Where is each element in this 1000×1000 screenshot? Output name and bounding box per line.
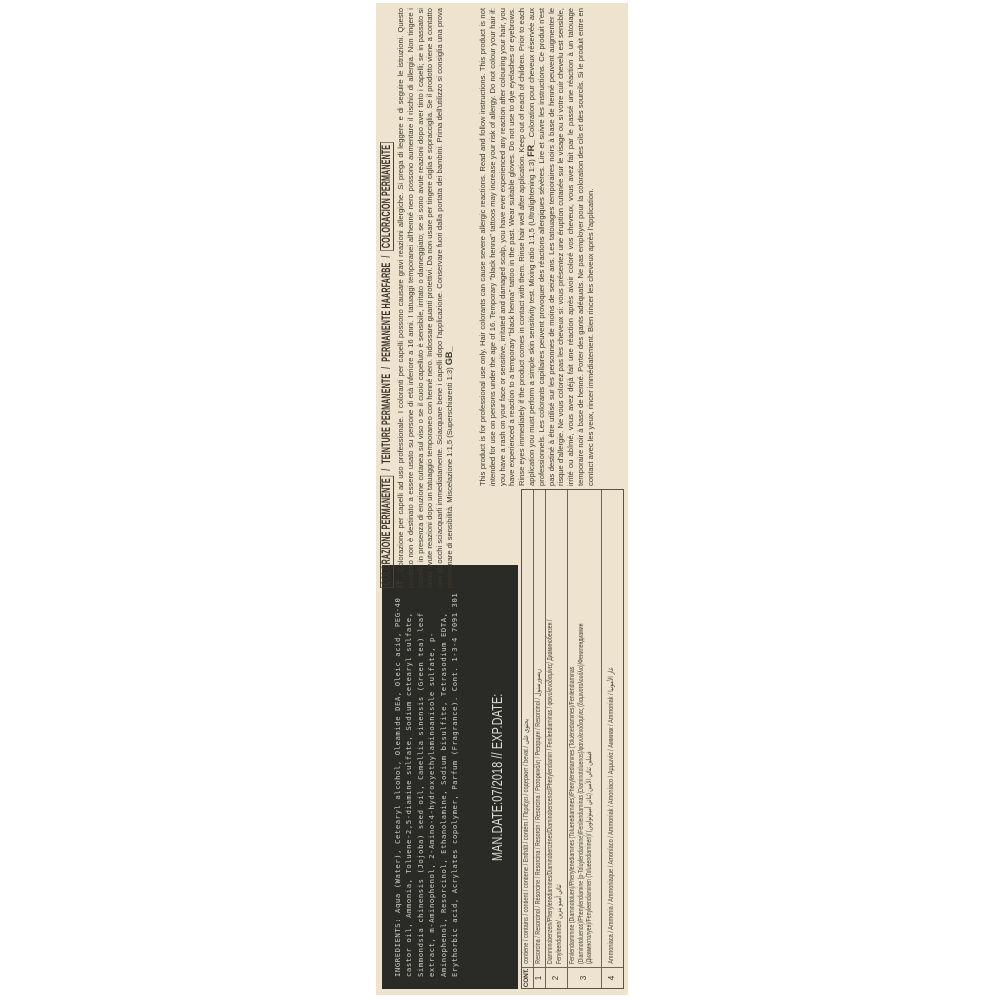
warnings-text-block: COLORAZIONE PERMANENTE/TEINTURE PERMANEN… [380,6,626,588]
manufacture-expiry-dates: MAN.DATE:07/2018 // EXP.DATE: [489,694,506,861]
product-type-headers: COLORAZIONE PERMANENTE/TEINTURE PERMANEN… [380,142,394,588]
italian-text: Colorazione per capelli ad uso professio… [396,8,454,588]
product-label: INGREDIENTS: Aqua (Water), Cetearyl alco… [376,3,628,995]
header-de: PERMANENTE HAARFARBE [381,263,393,362]
table-header-label: CONT. [522,967,533,988]
header-es: COLORACIÓN PERMANENTE [380,142,394,250]
lang-tag-it: IT_ [395,575,405,588]
row-text: Fenilendiammine (Diaminotoluen)/Phenylen… [568,614,601,967]
italian-warning: IT_ Colorazione per capelli ad uso profe… [396,8,478,588]
row-number: 4 [602,967,623,988]
ingredients-box: INGREDIENTS: Aqua (Water), Cetearyl alco… [382,565,518,989]
lang-tag-fr: FR_ [526,140,536,157]
row-number: 2 [546,967,567,988]
table-header-text: contiene / contains / contient / contien… [522,716,533,967]
row-number: 1 [534,967,545,988]
header-fr: TEINTURE PERMANENTE [381,374,393,464]
row-text: Diamminobenzeni/Phenylenediamines/Diamin… [546,614,567,967]
lang-tag-gb: GB_ [444,347,454,366]
row-number: 3 [568,967,601,988]
row-text: Resorcina / Resorcinol / Résorcine / Res… [534,666,545,967]
row-text: Ammoniaca / Ammonia / Ammoniaque / Amoní… [602,664,623,967]
header-it: COLORAZIONE PERMANENTE [380,476,394,588]
ingredients-text: INGREDIENTS: Aqua (Water), Cetearyl alco… [392,577,460,977]
english-french-warning: This product is for professional use onl… [478,8,624,486]
french-text: Coloration pour cheveux réservée aux pro… [527,8,595,486]
